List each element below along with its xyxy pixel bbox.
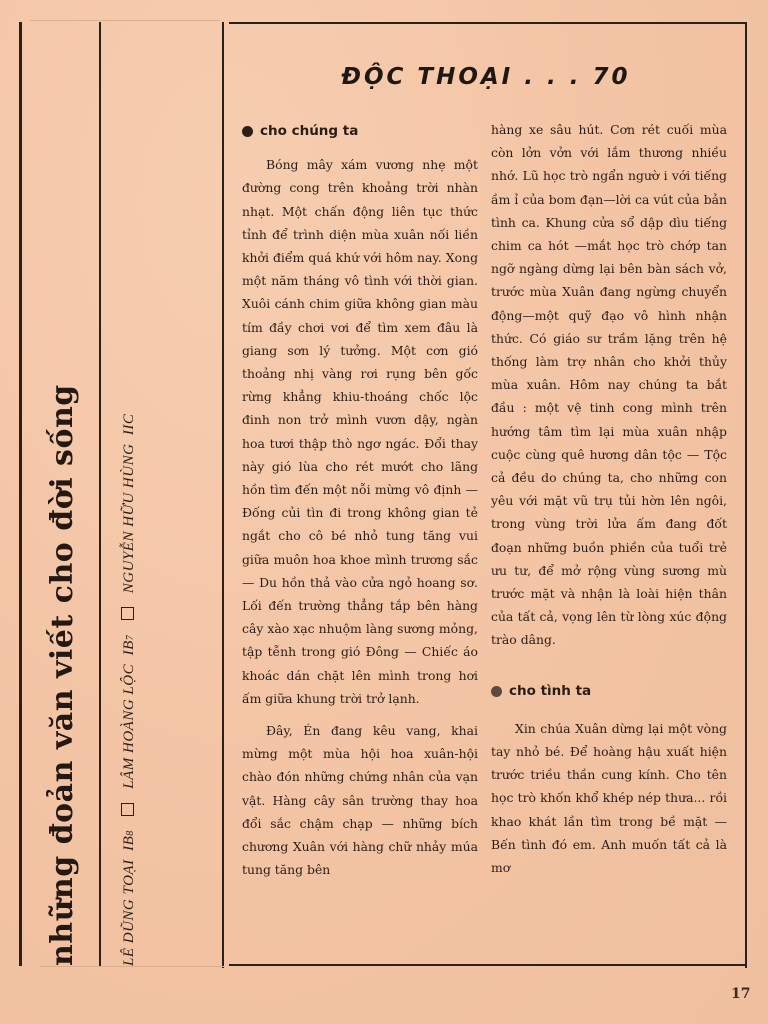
article-title: ĐỘC THOẠI . . . 70 — [232, 64, 740, 90]
sidebar-bottom-faint-rule — [40, 966, 225, 967]
sidebar-top-faint-rule — [30, 20, 220, 21]
paragraph: hàng xe sâu hút. Cơn rét cuối mùa còn lở… — [491, 118, 727, 652]
section-heading: cho tình ta — [491, 680, 727, 703]
article-left-rule — [222, 22, 224, 968]
article-column-right: hàng xe sâu hút. Cơn rét cuối mùa còn lở… — [491, 118, 727, 879]
author-name: LÊ DŨNG TOẠI — [121, 859, 137, 966]
article-right-rule — [745, 24, 747, 968]
sidebar-middle-rule — [99, 22, 101, 966]
paragraph: Đây, Én đang kêu vang, khai mừng một mùa… — [242, 719, 478, 881]
author-class: IIC — [121, 414, 137, 436]
section-heading-text: cho chúng ta — [260, 120, 358, 143]
section-heading-text: cho tình ta — [509, 680, 591, 703]
author-name: LÂM HOÀNG LỘC — [121, 664, 137, 789]
square-outline-icon — [121, 607, 134, 620]
filled-circle-icon — [491, 686, 502, 697]
article-top-rule — [229, 22, 747, 24]
section-heading: cho chúng ta — [242, 120, 478, 143]
series-title: những đoản văn viết cho đời sống — [44, 336, 82, 966]
author-class: IB — [121, 640, 137, 655]
author-credits: LÊ DŨNG TOẠI IB8 LÂM HOÀNG LỘC IB7 NGUYỄ… — [118, 336, 142, 966]
sidebar-left-rule — [19, 22, 22, 966]
author-class: IB — [121, 836, 137, 851]
article-bottom-rule — [229, 964, 745, 966]
author-class-sub: 7 — [125, 635, 136, 641]
filled-circle-icon — [242, 126, 253, 137]
paragraph: Bóng mây xám vương nhẹ một đường cong tr… — [242, 153, 478, 710]
page-number: 17 — [731, 986, 750, 1002]
article-column-left: cho chúng ta Bóng mây xám vương nhẹ một … — [242, 118, 478, 882]
author-class-sub: 8 — [125, 830, 136, 836]
author-name: NGUYỄN HỮU HÙNG — [121, 444, 137, 594]
paragraph: Xin chúa Xuân dừng lại một vòng tay nhỏ … — [491, 717, 727, 879]
square-outline-icon — [121, 803, 134, 816]
